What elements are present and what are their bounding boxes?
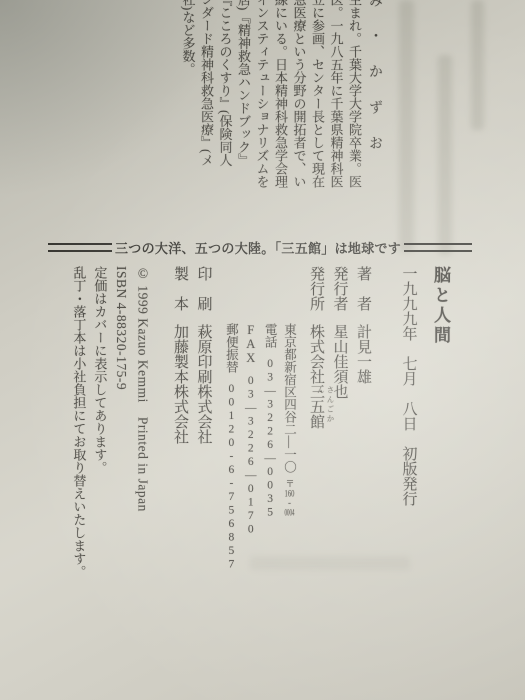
defect-note: 乱丁・落丁本は小社負担にてお取り替えいたします。 (70, 266, 88, 600)
binder-name: 加藤製本株式会社 (170, 324, 190, 444)
postal-part2: 0004 (285, 508, 295, 517)
author-label: 著 者 (355, 266, 371, 311)
bio-column: 急医療という分野の開拓者で、い (293, 0, 306, 238)
colophon-address: 東京都新宿区四谷二―一〇〒160-0004 (281, 266, 298, 600)
copyright-line: © 1999 Kazuo Kemmi Printed in Japan (134, 266, 152, 600)
publishing-house-furigana: さんごかん (316, 386, 336, 429)
publisher-slogan: 三つの大洋、五つの大陸。「三五館」は地球です (112, 238, 404, 257)
bio-column: インスティテューショナリズムを (256, 0, 269, 238)
publishing-house-prefix: 株式会社 (306, 324, 326, 384)
printer-name: 萩原印刷株式会社 (193, 324, 213, 444)
bio-column: ンダード精神科救急医療』(メ (200, 0, 213, 238)
colophon-printer: 印 刷萩原印刷株式会社 (193, 266, 213, 600)
colophon-publisher: 発行者星山佳須也 (329, 266, 349, 600)
postal-sep: - (285, 498, 295, 509)
address-text: 東京都新宿区四谷二―一〇 (283, 323, 297, 473)
bleedthrough-ghost (471, 0, 484, 130)
bio-column: 生まれ。千葉大学大学院卒業。医 (348, 0, 361, 238)
bio-column: 社)など多数。 (182, 0, 195, 238)
divider-rule-right (404, 243, 472, 252)
fax-label: FAX (244, 323, 258, 365)
phone-label: 電話 (263, 323, 277, 348)
colophon-author: 著 者計見一雄 (353, 266, 373, 600)
colophon-block: 脳と人間 一九九九年 七月 八日 初版発行 著 者計見一雄 発行者星山佳須也 発… (66, 266, 455, 600)
isbn-line: ISBN 4-88320-175-9 (112, 266, 130, 600)
bio-column: 立に参画、センター長として現在 (311, 0, 324, 238)
publishing-house-name-wrap: 三五館さんごかん (308, 384, 324, 429)
colophon-publishing-house: 発行所株式会社三五館さんごかん (306, 266, 326, 600)
publishing-house-label: 発行所 (308, 266, 324, 311)
price-note: 定価はカバーに表示してあります。 (91, 266, 109, 600)
printer-label: 印 刷 (196, 266, 212, 311)
postal-mark: 〒 (285, 479, 295, 489)
colophon-fax: FAX03―3226―0170 (242, 266, 259, 600)
fax-number: 03―3226―0170 (242, 375, 258, 537)
colophon-postal-transfer: 郵便振替00120-6-756857 (223, 266, 240, 600)
book-colophon-page-photo: み・かずお 生まれ。千葉大学大学院卒業。医 医。一九八五年に千葉県精神科医 立に… (0, 0, 525, 700)
colophon-binder: 製 本加藤製本株式会社 (170, 266, 190, 600)
postal-code: 〒160-0004 (283, 479, 295, 517)
bio-column: 店)『精神救急ハンドブック』 (237, 0, 250, 238)
postal-transfer-label: 郵便振替 (224, 323, 238, 373)
divider-rule-left (48, 243, 112, 252)
binder-label: 製 本 (172, 266, 188, 311)
author-bio-block: み・かずお 生まれ。千葉大学大学院卒業。医 医。一九八五年に千葉県精神科医 立に… (176, 0, 387, 238)
postal-transfer-number: 00120-6-756857 (223, 383, 239, 572)
colophon-phone: 電話03―3226―0035 (261, 266, 278, 600)
slogan-divider: 三つの大洋、五つの大陸。「三五館」は地球です (48, 238, 472, 257)
bio-column: 医。一九八五年に千葉県精神科医 (330, 0, 343, 238)
bio-column: 『こころのくすり』(保険同人 (219, 0, 232, 238)
author-name-reading: み・かずお (367, 0, 381, 238)
bleedthrough-ghost (438, 55, 452, 255)
publisher-label: 発行者 (332, 266, 348, 311)
postal-part1: 160 (285, 489, 295, 498)
bleedthrough-ghost (399, 0, 414, 252)
author-name: 計見一雄 (353, 324, 373, 384)
phone-number: 03―3226―0035 (262, 358, 278, 520)
bio-column: 線にいる。日本精神科救急学会理 (274, 0, 287, 238)
edition-date: 一九九九年 七月 八日 初版発行 (398, 266, 418, 600)
book-title: 脳と人間 (428, 266, 454, 600)
